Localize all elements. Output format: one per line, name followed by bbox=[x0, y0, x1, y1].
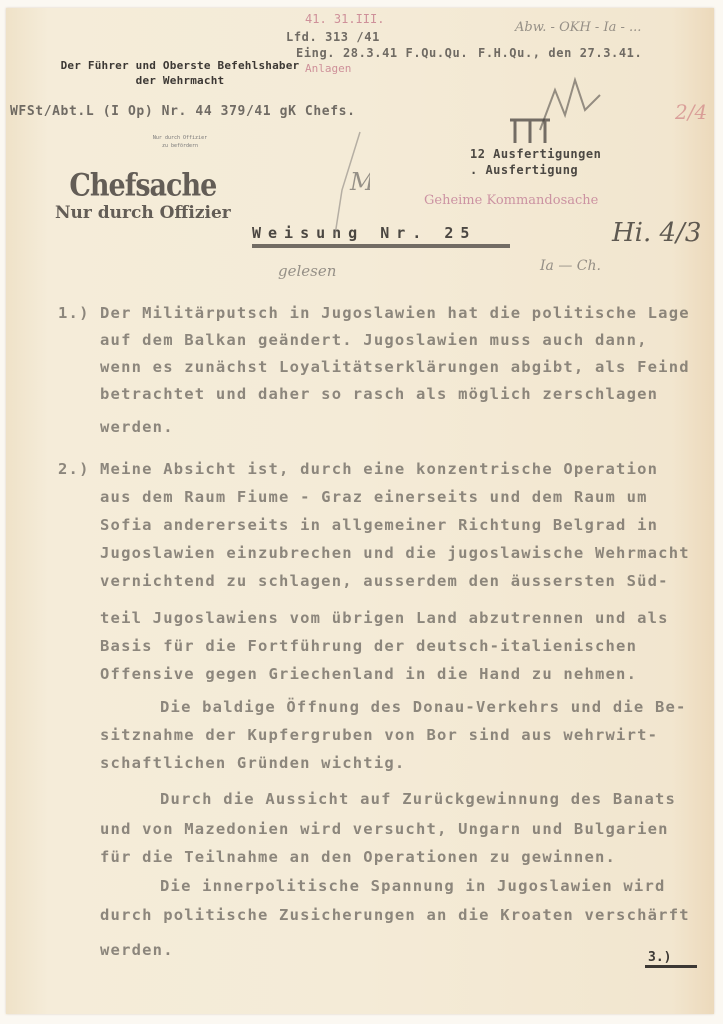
handwritten-routing-note: Abw. - OKH - Ia - ... bbox=[515, 20, 641, 35]
paragraph-4-line: Durch die Aussicht auf Zurückgewinnung d… bbox=[160, 790, 676, 808]
paragraph-1-line: Der Militärputsch in Jugoslawien hat die… bbox=[100, 304, 690, 322]
chefsache-stamp: Chefsache Nur durch Offizier bbox=[55, 170, 231, 223]
paragraph-3-line: schaftlichen Gründen wichtig. bbox=[100, 754, 405, 772]
handwritten-signature: Ia — Ch. bbox=[540, 258, 601, 274]
paragraph-2-line: Offensive gegen Griechenland in die Hand… bbox=[100, 665, 637, 683]
paragraph-2-line: Jugoslawien einzubrechen und die jugosla… bbox=[100, 544, 690, 562]
issuer-line-1: Der Führer und Oberste Befehlshaber bbox=[55, 58, 305, 73]
paragraph-2-line: aus dem Raum Fiume - Graz einerseits und… bbox=[100, 488, 648, 506]
paragraph-2-line: Basis für die Fortführung der deutsch-it… bbox=[100, 637, 637, 655]
handwritten-margin-number: 2/4 bbox=[675, 100, 707, 124]
paragraph-4-line: und von Mazedonien wird versucht, Ungarn… bbox=[100, 820, 669, 838]
transport-note-line-2: zu befördern bbox=[95, 142, 265, 150]
issuer-heading: Der Führer und Oberste Befehlshaber der … bbox=[55, 58, 305, 88]
paragraph-2-line: Sofia andererseits in allgemeiner Richtu… bbox=[100, 516, 658, 534]
svg-text:M: M bbox=[349, 168, 370, 196]
title-underline bbox=[252, 244, 510, 248]
copy-count-line-1: 12 Ausfertigungen bbox=[470, 146, 601, 162]
handwritten-title-note: gelesen bbox=[278, 262, 336, 280]
reference-number: WFSt/Abt.L (I Op) Nr. 44 379/41 gK Chefs… bbox=[10, 104, 356, 119]
copy-count-line-2: . Ausfertigung bbox=[470, 162, 601, 178]
transport-note-line-1: Nur durch Offizier bbox=[95, 134, 265, 142]
paragraph-1-line: betrachtet und daher so rasch als möglic… bbox=[100, 385, 658, 403]
paragraph-2-line: vernichtend zu schlagen, ausserdem den ä… bbox=[100, 572, 669, 590]
paragraph-2-number: 2.) bbox=[58, 460, 90, 478]
receipt-stamp-attachments: Anlagen bbox=[305, 62, 351, 75]
place-date: F.H.Qu., den 27.3.41. bbox=[478, 46, 642, 60]
paragraph-3-line: Die baldige Öffnung des Donau-Verkehrs u… bbox=[160, 698, 687, 716]
paragraph-2-line: Meine Absicht ist, durch eine konzentris… bbox=[100, 460, 658, 478]
paragraph-1-line: auf dem Balkan geändert. Jugoslawien mus… bbox=[100, 331, 648, 349]
chefsache-stamp-line-2: Nur durch Offizier bbox=[55, 203, 231, 223]
receipt-stamp-date: 41. 31.III. bbox=[305, 12, 384, 26]
handwritten-initials: Hi. 4/3 bbox=[612, 218, 701, 248]
transport-note: Nur durch Offizier zu befördern bbox=[95, 134, 265, 150]
pencil-stroke-icon: M bbox=[330, 130, 370, 240]
secret-command-stamp: Geheime Kommandosache bbox=[424, 193, 598, 208]
continuation-mark: 3.) bbox=[648, 950, 671, 965]
paragraph-3-line: sitznahme der Kupfergruben von Bor sind … bbox=[100, 726, 658, 744]
chefsache-stamp-line-1: Chefsache bbox=[55, 168, 231, 204]
paragraph-4-line: für die Teilnahme an den Operationen zu … bbox=[100, 848, 616, 866]
receipt-stamp-number: Lfd. 313 /41 bbox=[286, 30, 380, 44]
paragraph-2-line: teil Jugoslawiens vom übrigen Land abzut… bbox=[100, 609, 669, 627]
pencil-mark-icon bbox=[505, 115, 555, 145]
copy-count: 12 Ausfertigungen . Ausfertigung bbox=[470, 146, 601, 178]
paragraph-5-line: durch politische Zusicherungen an die Kr… bbox=[100, 906, 690, 924]
paragraph-1-line: wenn es zunächst Loyalitätserklärungen a… bbox=[100, 358, 690, 376]
paragraph-5-line: Die innerpolitische Spannung in Jugoslaw… bbox=[160, 877, 666, 895]
paragraph-1-number: 1.) bbox=[58, 304, 90, 322]
paragraph-1-line: werden. bbox=[100, 418, 174, 436]
continuation-underline bbox=[645, 965, 697, 968]
paragraph-5-line: werden. bbox=[100, 941, 174, 959]
issuer-line-2: der Wehrmacht bbox=[55, 73, 305, 88]
receipt-stamp-incoming: Eing. 28.3.41 F.Qu.Qu. bbox=[296, 46, 468, 60]
